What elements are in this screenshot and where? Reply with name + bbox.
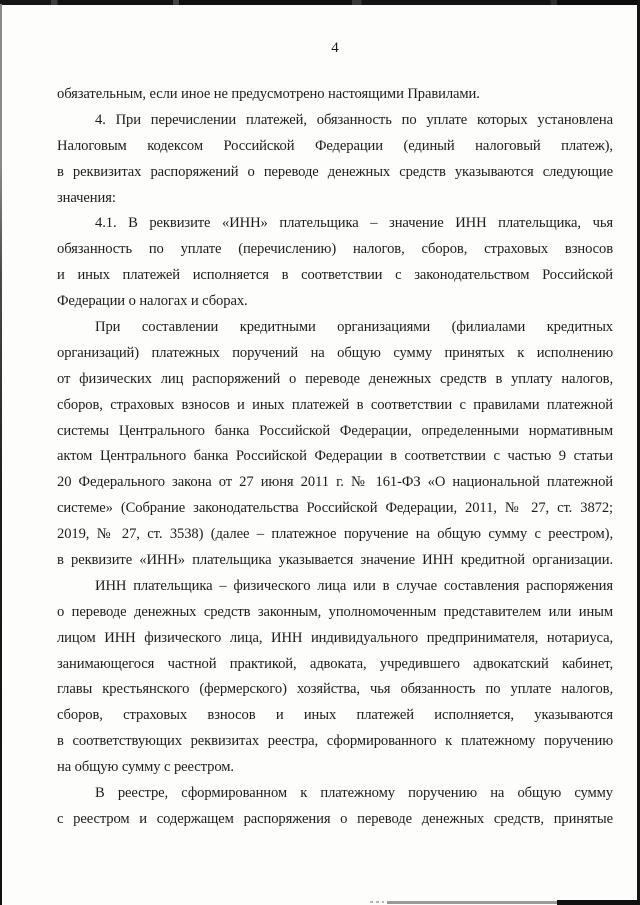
text-line: лицом ИНН физического лица, ИНН индивиду… — [57, 626, 613, 652]
text-line: ИНН плательщика – физического лица или в… — [57, 574, 613, 600]
text-line: обязательным, если иное не предусмотрено… — [57, 82, 613, 108]
text-line: 4. При перечислении платежей, обязанност… — [57, 108, 613, 134]
text-line: 4.1. В реквизите «ИНН» плательщика – зна… — [57, 211, 613, 237]
text-line: и иных платежей исполняется в соответств… — [57, 263, 613, 289]
text-line: системе» (Собрание законодательства Росс… — [57, 496, 613, 522]
scan-edge-bottom-gray — [387, 901, 557, 904]
text-line: организаций) платежных поручений на общу… — [57, 341, 613, 367]
text-line: 2019, № 27, ст. 3538) (далее – платежное… — [57, 522, 613, 548]
scanned-document-page: 4 обязательным, если иное не предусмотре… — [0, 0, 640, 905]
scan-edge-bottom-black — [557, 900, 640, 905]
scan-edge-bottom-dots — [370, 901, 384, 903]
text-line: актом Центрального банка Российской Феде… — [57, 444, 613, 470]
text-line: на общую сумму с реестром. — [57, 755, 613, 781]
text-line: в реквизитах распоряжений о переводе ден… — [57, 160, 613, 186]
page-number: 4 — [57, 40, 613, 56]
text-body: обязательным, если иное не предусмотрено… — [57, 82, 613, 833]
text-line: от физических лиц распоряжений о перевод… — [57, 367, 613, 393]
scan-edge-left — [0, 4, 2, 905]
text-line: сборов, страховых взносов и иных платеже… — [57, 703, 613, 729]
text-line: в соответствующих реквизитах реестра, сф… — [57, 729, 613, 755]
scan-edge-top — [0, 0, 640, 5]
text-line: о переводе денежных средств законным, уп… — [57, 600, 613, 626]
text-line: занимающегося частной практикой, адвокат… — [57, 652, 613, 678]
text-line: Федерации о налогах и сборах. — [57, 289, 613, 315]
text-line: При составлении кредитными организациями… — [57, 315, 613, 341]
text-line: главы крестьянского (фермерского) хозяйс… — [57, 677, 613, 703]
text-line: с реестром и содержащем распоряжения о п… — [57, 807, 613, 833]
text-line: обязанность по уплате (перечислению) нал… — [57, 237, 613, 263]
text-line: системы Центрального банка Российской Фе… — [57, 419, 613, 445]
text-line: значения: — [57, 186, 613, 212]
text-line: 20 Федерального закона от 27 июня 2011 г… — [57, 470, 613, 496]
text-line: Налоговым кодексом Российской Федерации … — [57, 134, 613, 160]
text-line: сборов, страховых взносов и иных платеже… — [57, 393, 613, 419]
text-line: в реквизите «ИНН» плательщика указываетс… — [57, 548, 613, 574]
text-line: В реестре, сформированном к платежному п… — [57, 781, 613, 807]
